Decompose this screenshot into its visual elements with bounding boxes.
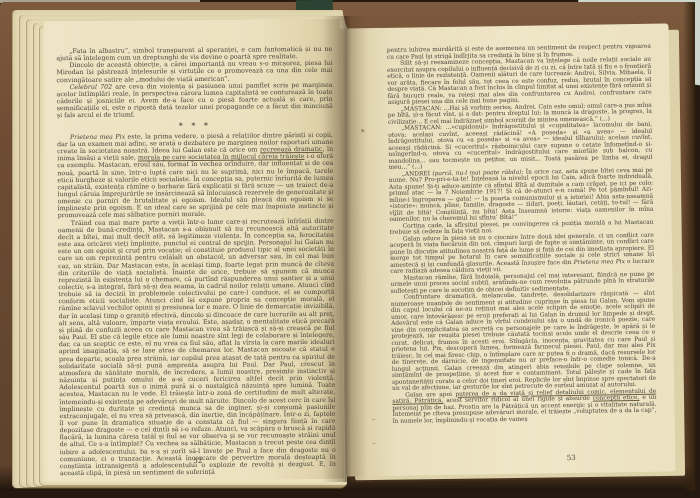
left-page-number: 52 xyxy=(178,456,218,465)
open-book-photo: „Fata în albastru”, simbol transparent a… xyxy=(0,0,700,498)
paragraph: Silit să-și reexamineze concepția, Masta… xyxy=(387,57,652,107)
paragraph: Confruntare dramatică, melancolie, tandr… xyxy=(391,291,656,393)
left-page: „Fata în albastru”, simbol transparent a… xyxy=(44,19,344,482)
reader-margin-dot: · xyxy=(649,75,651,82)
paragraph: Celebrul 702 are ceva din violența și pa… xyxy=(57,82,333,120)
reader-gutter-dash: ‒ xyxy=(372,416,376,423)
paragraph: „MASTACAN: ...«cupidonul» îndrăgostitulu… xyxy=(388,122,653,172)
paragraph: Galan aduce în piesa sa nu o ciocnire în… xyxy=(390,232,655,275)
section-separator: * * * xyxy=(57,120,333,130)
reader-gutter-dash: ‒ xyxy=(372,440,376,447)
paragraph: Dincolo de această obiecție, a cărei imp… xyxy=(56,60,332,84)
right-page: pentru iubirea murdărită și este de asem… xyxy=(339,23,676,476)
right-page-text: pentru iubirea murdărită și este de asem… xyxy=(387,44,657,425)
left-page-text: „Fata în albastru”, simbol transparent a… xyxy=(56,46,336,478)
right-page-number: 53 xyxy=(551,453,591,463)
paragraph: Galan are apoi puterea de a da viață și … xyxy=(392,388,656,425)
reader-margin-mark: * xyxy=(361,129,365,136)
paragraph: „ANDREI (parcă, nu-l mai poate răbda): Î… xyxy=(389,167,654,223)
paragraph: Prietena mea Pix este, la prima vedere, … xyxy=(57,132,334,220)
paragraph: Trăind cea mai mare parte a vieții într-… xyxy=(58,217,336,477)
